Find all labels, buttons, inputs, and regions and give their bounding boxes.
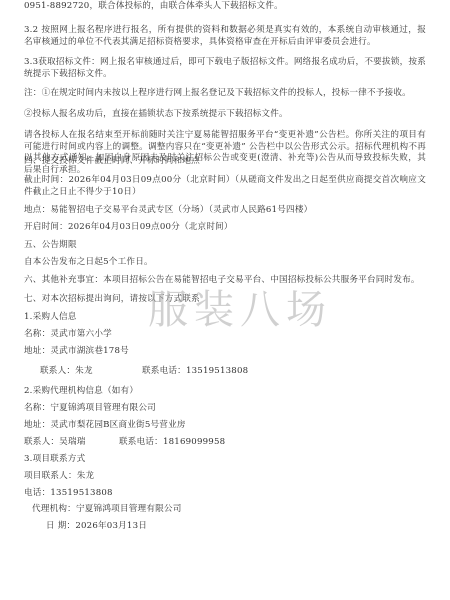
section-3-2: 3.2 按照网上报名程序进行报名，所有提供的资料和数据必须是真实有效的，本系统自… — [24, 25, 426, 48]
section-7-title: 七、对本次招标提出询问，请按以下方式联系 — [24, 294, 200, 305]
agency-title: 2.采购代理机构信息（如有） — [24, 386, 138, 397]
watermark-text: 服装八场 — [148, 278, 332, 335]
agency-phone: 联系电话：18169099958 — [119, 437, 225, 448]
section-4-title: 四、提交投标文件截止时间、开标时间和地点 — [24, 156, 200, 167]
section-3-3: 3.3获取招标文件：网上报名审核通过后，即可下载电子版招标文件。网络报名成功后，… — [24, 57, 426, 80]
location-text: 地点：易能智招电子交易平台灵武专区（分场）（灵武市人民路61号四楼） — [24, 205, 312, 216]
purchaser-contact: 联系人：朱龙 — [40, 366, 93, 377]
section-5-body: 自本公告发布之日起5个工作日。 — [24, 257, 153, 268]
footer-date: 日 期：2026年03月13日 — [46, 521, 147, 532]
purchaser-phone: 联系电话：13519513808 — [142, 366, 248, 377]
footer-agency: 代理机构：宁夏锦鸿项目管理有限公司 — [32, 504, 182, 515]
project-contact-phone: 电话：13519513808 — [24, 488, 113, 499]
agency-name: 名称：宁夏锦鸿项目管理有限公司 — [24, 403, 156, 414]
note-1: 注：①在规定时间内未按以上程序进行网上报名登记及下载招标文件的投标人，投标一律不… — [24, 88, 411, 99]
purchaser-address: 地址：灵武市湖滨巷178号 — [24, 346, 129, 357]
agency-address: 地址：灵武市梨花园B区商业街5号营业房 — [24, 420, 186, 431]
notice-paragraph: 请各投标人在报名结束至开标前随时关注宁夏易能智招服务平台“变更补遗”公告栏。你所… — [24, 130, 426, 176]
contact-phone-line: 0951-8892720，联合体投标的，由联合体牵头人下载招标文件。 — [24, 1, 283, 12]
open-time-text: 开启时间：2026年04月03日09点00分（北京时间） — [24, 222, 233, 233]
deadline-text: 截止时间：2026年04月03日09点00分（北京时间）（从磋商文件发出之日起至… — [24, 175, 426, 198]
project-contact-title: 3.项目联系方式 — [24, 454, 85, 465]
agency-contact: 联系人：吴瑞瑞 — [24, 437, 86, 448]
purchaser-name: 名称：灵武市第六小学 — [24, 329, 112, 340]
section-5-title: 五、公告期限 — [24, 240, 77, 251]
project-contact-person: 项目联系人：朱龙 — [24, 471, 94, 482]
purchaser-title: 1.采购人信息 — [24, 312, 77, 323]
section-6-text: 六、其他补充事宜：本项目招标公告在易能智招电子交易平台、中国招标投标公共服务平台… — [24, 275, 420, 286]
note-2: ②投标人报名成功后，直接在插锁状态下按系统提示下载招标文件。 — [24, 109, 288, 120]
